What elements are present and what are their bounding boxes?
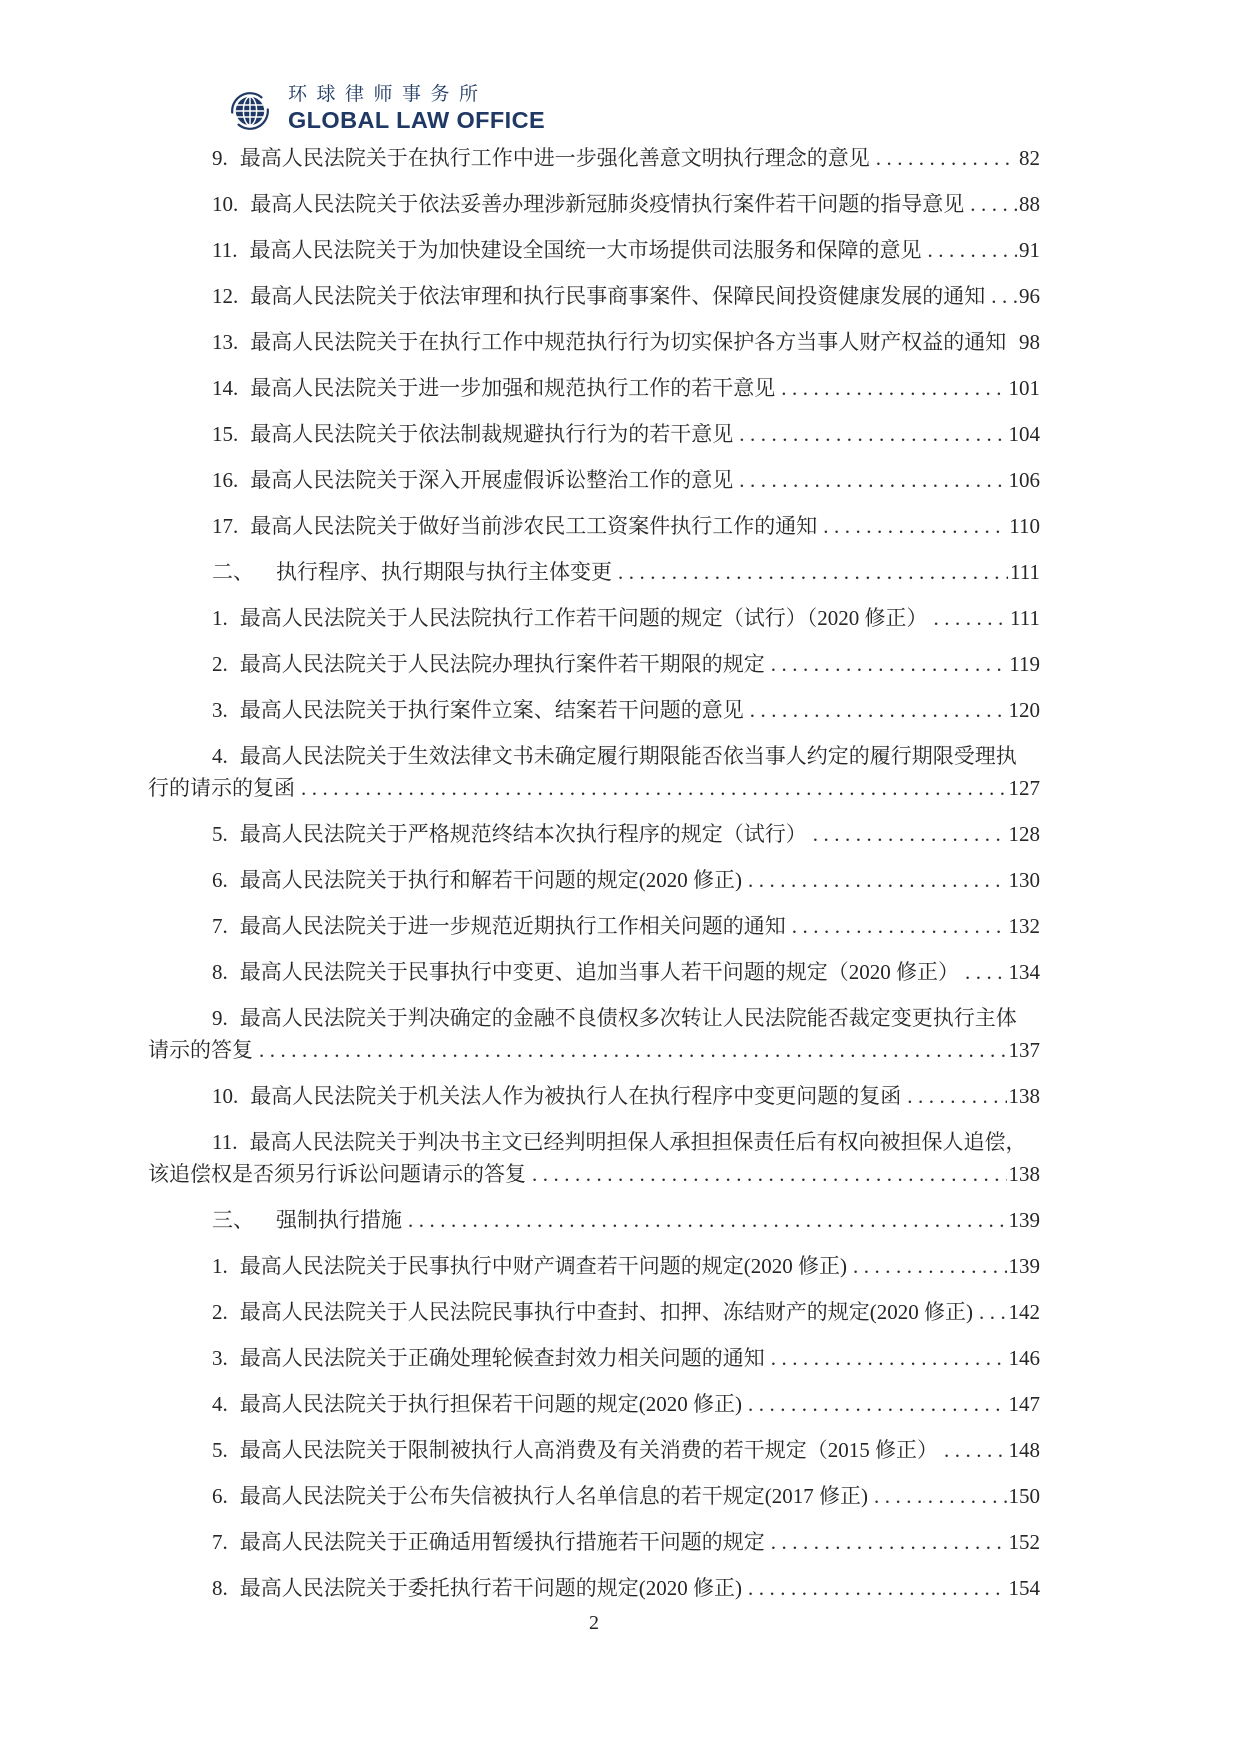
entry-title: 最高人民法院关于人民法院民事执行中查封、扣押、冻结财产的规定(2020 修正) bbox=[240, 1296, 973, 1328]
toc-line: 1.最高人民法院关于人民法院执行工作若干问题的规定（试行）（2020 修正）..… bbox=[148, 602, 1040, 634]
toc-entry: 2.最高人民法院关于人民法院民事执行中查封、扣押、冻结财产的规定(2020 修正… bbox=[148, 1296, 1040, 1328]
entry-number: 3. bbox=[212, 1342, 228, 1374]
dot-leader: ........................................… bbox=[970, 188, 1017, 220]
entry-title: 最高人民法院关于依法审理和执行民事商事案件、保障民间投资健康发展的通知 bbox=[250, 280, 985, 312]
toc-line: 9.最高人民法院关于在执行工作中进一步强化善意文明执行理念的意见........… bbox=[148, 142, 1040, 174]
toc-entry: 10.最高人民法院关于机关法人作为被执行人在执行程序中变更问题的复函......… bbox=[148, 1080, 1040, 1112]
toc-line: 10.最高人民法院关于机关法人作为被执行人在执行程序中变更问题的复函......… bbox=[148, 1080, 1040, 1112]
toc-line: 4.最高人民法院关于生效法律文书未确定履行期限能否依当事人约定的履行期限受理执 bbox=[148, 740, 1040, 772]
entry-title: 最高人民法院关于正确适用暂缓执行措施若干问题的规定 bbox=[240, 1526, 765, 1558]
entry-number: 10. bbox=[212, 188, 238, 220]
entry-number: 17. bbox=[212, 510, 238, 542]
toc-entry: 1.最高人民法院关于人民法院执行工作若干问题的规定（试行）（2020 修正）..… bbox=[148, 602, 1040, 634]
dot-leader: ........................................… bbox=[408, 1204, 1007, 1236]
entry-title: 最高人民法院关于执行担保若干问题的规定(2020 修正) bbox=[240, 1388, 742, 1420]
dot-leader: ........................................… bbox=[944, 1434, 1007, 1466]
entry-number: 11. bbox=[212, 1126, 237, 1158]
dot-leader: ........................................… bbox=[813, 818, 1007, 850]
page-number: 2 bbox=[148, 1612, 1040, 1635]
entry-title: 最高人民法院关于进一步规范近期执行工作相关问题的通知 bbox=[240, 910, 786, 942]
toc-entry: 9.最高人民法院关于判决确定的金融不良债权多次转让人民法院能否裁定变更执行主体请… bbox=[148, 1002, 1040, 1066]
toc-entry: 14.最高人民法院关于进一步加强和规范执行工作的若干意见............… bbox=[148, 372, 1040, 404]
entry-page-number: 154 bbox=[1009, 1572, 1041, 1604]
entry-title: 最高人民法院关于依法妥善办理涉新冠肺炎疫情执行案件若干问题的指导意见 bbox=[250, 188, 964, 220]
entry-title: 最高人民法院关于执行案件立案、结案若干问题的意见 bbox=[240, 694, 744, 726]
entry-number: 8. bbox=[212, 1572, 228, 1604]
entry-page-number: 138 bbox=[1009, 1080, 1041, 1112]
toc-line: 5.最高人民法院关于限制被执行人高消费及有关消费的若干规定（2015 修正）..… bbox=[148, 1434, 1040, 1466]
toc-line: 三、强制执行措施................................… bbox=[148, 1204, 1040, 1236]
toc-line: 12.最高人民法院关于依法审理和执行民事商事案件、保障民间投资健康发展的通知..… bbox=[148, 280, 1040, 312]
dot-leader: ........................................… bbox=[934, 602, 1009, 634]
dot-leader: ........................................… bbox=[991, 280, 1017, 312]
entry-page-number: 132 bbox=[1009, 910, 1041, 942]
entry-page-number: 139 bbox=[1009, 1250, 1041, 1282]
entry-page-number: 128 bbox=[1009, 818, 1041, 850]
entry-number: 三、 bbox=[212, 1204, 254, 1236]
toc-line: 请示的答复...................................… bbox=[148, 1034, 1040, 1066]
toc-line: 7.最高人民法院关于进一步规范近期执行工作相关问题的通知............… bbox=[148, 910, 1040, 942]
entry-number: 4. bbox=[212, 1388, 228, 1420]
entry-title: 最高人民法院关于生效法律文书未确定履行期限能否依当事人约定的履行期限受理执 bbox=[240, 740, 1017, 772]
entry-number: 二、 bbox=[212, 556, 254, 588]
entry-page-number: 98 bbox=[1019, 326, 1040, 358]
toc-line: 8.最高人民法院关于民事执行中变更、追加当事人若干问题的规定（2020 修正）.… bbox=[148, 956, 1040, 988]
entry-title: 最高人民法院关于民事执行中财产调查若干问题的规定(2020 修正) bbox=[240, 1250, 847, 1282]
entry-number: 13. bbox=[212, 326, 238, 358]
dot-leader: ........................................… bbox=[739, 464, 1006, 496]
entry-page-number: 111 bbox=[1010, 556, 1040, 588]
entry-page-number: 111 bbox=[1010, 602, 1040, 634]
dot-leader: ........................................… bbox=[748, 1388, 1007, 1420]
dot-leader: ........................................… bbox=[876, 142, 1017, 174]
toc-line: 11.最高人民法院关于为加快建设全国统一大市场提供司法服务和保障的意见.....… bbox=[148, 234, 1040, 266]
entry-number: 9. bbox=[212, 1002, 228, 1034]
toc-entry: 11.最高人民法院关于为加快建设全国统一大市场提供司法服务和保障的意见.....… bbox=[148, 234, 1040, 266]
toc-entry: 6.最高人民法院关于公布失信被执行人名单信息的若干规定(2017 修正)....… bbox=[148, 1480, 1040, 1512]
dot-leader: ........................................… bbox=[618, 556, 1008, 588]
entry-title: 最高人民法院关于为加快建设全国统一大市场提供司法服务和保障的意见 bbox=[249, 234, 921, 266]
entry-page-number: 139 bbox=[1009, 1204, 1041, 1236]
toc-entry: 8.最高人民法院关于民事执行中变更、追加当事人若干问题的规定（2020 修正）.… bbox=[148, 956, 1040, 988]
entry-page-number: 101 bbox=[1009, 372, 1041, 404]
dot-leader: ........................................… bbox=[301, 772, 1007, 804]
entry-title: 最高人民法院关于限制被执行人高消费及有关消费的若干规定（2015 修正） bbox=[240, 1434, 938, 1466]
entry-title: 最高人民法院关于严格规范终结本次执行程序的规定（试行） bbox=[240, 818, 807, 850]
toc-line: 11.最高人民法院关于判决书主文已经判明担保人承担担保责任后有权向被担保人追偿， bbox=[148, 1126, 1040, 1158]
entry-title: 行的请示的复函 bbox=[148, 772, 295, 804]
entry-page-number: 138 bbox=[1009, 1158, 1041, 1190]
entry-title: 最高人民法院关于判决书主文已经判明担保人承担担保责任后有权向被担保人追偿， bbox=[249, 1126, 1026, 1158]
dot-leader: ........................................… bbox=[792, 910, 1007, 942]
toc-line: 5.最高人民法院关于严格规范终结本次执行程序的规定（试行）...........… bbox=[148, 818, 1040, 850]
entry-page-number: 150 bbox=[1009, 1480, 1041, 1512]
entry-page-number: 82 bbox=[1019, 142, 1040, 174]
entry-title: 最高人民法院关于执行和解若干问题的规定(2020 修正) bbox=[240, 864, 742, 896]
dot-leader: ........................................… bbox=[259, 1034, 1007, 1066]
entry-number: 1. bbox=[212, 602, 228, 634]
toc-line: 14.最高人民法院关于进一步加强和规范执行工作的若干意见............… bbox=[148, 372, 1040, 404]
entry-number: 5. bbox=[212, 1434, 228, 1466]
dot-leader: ........................................… bbox=[853, 1250, 1007, 1282]
entry-page-number: 134 bbox=[1009, 956, 1041, 988]
toc-line: 13.最高人民法院关于在执行工作中规范执行行为切实保护各方当事人财产权益的通知9… bbox=[148, 326, 1040, 358]
toc-entry: 12.最高人民法院关于依法审理和执行民事商事案件、保障民间投资健康发展的通知..… bbox=[148, 280, 1040, 312]
toc-entry: 17.最高人民法院关于做好当前涉农民工工资案件执行工作的通知..........… bbox=[148, 510, 1040, 542]
entry-title: 最高人民法院关于依法制裁规避执行行为的若干意见 bbox=[250, 418, 733, 450]
entry-title: 最高人民法院关于在执行工作中规范执行行为切实保护各方当事人财产权益的通知 bbox=[250, 326, 1006, 358]
dot-leader: ........................................… bbox=[907, 1080, 1006, 1112]
toc-entry: 8.最高人民法院关于委托执行若干问题的规定(2020 修正)..........… bbox=[148, 1572, 1040, 1604]
entry-title: 最高人民法院关于做好当前涉农民工工资案件执行工作的通知 bbox=[250, 510, 817, 542]
toc-entry: 11.最高人民法院关于判决书主文已经判明担保人承担担保责任后有权向被担保人追偿，… bbox=[148, 1126, 1040, 1190]
toc-line: 行的请示的复函.................................… bbox=[148, 772, 1040, 804]
toc-line: 该追偿权是否须另行诉讼问题请示的答复......................… bbox=[148, 1158, 1040, 1190]
entry-title: 请示的答复 bbox=[148, 1034, 253, 1066]
toc-entry: 3.最高人民法院关于正确处理轮候查封效力相关问题的通知.............… bbox=[148, 1342, 1040, 1374]
entry-page-number: 91 bbox=[1019, 234, 1040, 266]
dot-leader: ........................................… bbox=[532, 1158, 1007, 1190]
entry-page-number: 147 bbox=[1009, 1388, 1041, 1420]
entry-page-number: 104 bbox=[1009, 418, 1041, 450]
dot-leader: ........................................… bbox=[823, 510, 1007, 542]
dot-leader: ........................................… bbox=[748, 1572, 1007, 1604]
entry-page-number: 146 bbox=[1009, 1342, 1041, 1374]
entry-number: 4. bbox=[212, 740, 228, 772]
toc: 9.最高人民法院关于在执行工作中进一步强化善意文明执行理念的意见........… bbox=[148, 142, 1040, 1618]
dot-leader: ........................................… bbox=[979, 1296, 1007, 1328]
dot-leader: ........................................… bbox=[771, 1342, 1007, 1374]
document-page: 环球律师事务所 GLOBAL LAW OFFICE 9.最高人民法院关于在执行工… bbox=[0, 0, 1240, 1754]
dot-leader: ........................................… bbox=[739, 418, 1006, 450]
toc-line: 6.最高人民法院关于公布失信被执行人名单信息的若干规定(2017 修正)....… bbox=[148, 1480, 1040, 1512]
entry-number: 14. bbox=[212, 372, 238, 404]
toc-entry: 5.最高人民法院关于限制被执行人高消费及有关消费的若干规定（2015 修正）..… bbox=[148, 1434, 1040, 1466]
toc-entry: 4.最高人民法院关于执行担保若干问题的规定(2020 修正)..........… bbox=[148, 1388, 1040, 1420]
entry-title: 最高人民法院关于机关法人作为被执行人在执行程序中变更问题的复函 bbox=[250, 1080, 901, 1112]
toc-entry: 9.最高人民法院关于在执行工作中进一步强化善意文明执行理念的意见........… bbox=[148, 142, 1040, 174]
toc-line: 4.最高人民法院关于执行担保若干问题的规定(2020 修正)..........… bbox=[148, 1388, 1040, 1420]
dot-leader: ........................................… bbox=[771, 1526, 1007, 1558]
entry-page-number: 152 bbox=[1009, 1526, 1041, 1558]
entry-page-number: 120 bbox=[1009, 694, 1041, 726]
toc-line: 8.最高人民法院关于委托执行若干问题的规定(2020 修正)..........… bbox=[148, 1572, 1040, 1604]
entry-page-number: 88 bbox=[1019, 188, 1040, 220]
toc-entry: 二、执行程序、执行期限与执行主体变更......................… bbox=[148, 556, 1040, 588]
toc-entry: 7.最高人民法院关于进一步规范近期执行工作相关问题的通知............… bbox=[148, 910, 1040, 942]
entry-number: 7. bbox=[212, 1526, 228, 1558]
entry-number: 5. bbox=[212, 818, 228, 850]
toc-line: 3.最高人民法院关于正确处理轮候查封效力相关问题的通知.............… bbox=[148, 1342, 1040, 1374]
toc-line: 6.最高人民法院关于执行和解若干问题的规定(2020 修正)..........… bbox=[148, 864, 1040, 896]
toc-line: 2.最高人民法院关于人民法院办理执行案件若干期限的规定.............… bbox=[148, 648, 1040, 680]
dot-leader: ........................................… bbox=[874, 1480, 1007, 1512]
entry-title: 强制执行措施 bbox=[276, 1204, 402, 1236]
toc-entry: 3.最高人民法院关于执行案件立案、结案若干问题的意见..............… bbox=[148, 694, 1040, 726]
entry-page-number: 130 bbox=[1009, 864, 1041, 896]
toc-entry: 15.最高人民法院关于依法制裁规避执行行为的若干意见..............… bbox=[148, 418, 1040, 450]
entry-page-number: 110 bbox=[1009, 510, 1040, 542]
toc-line: 17.最高人民法院关于做好当前涉农民工工资案件执行工作的通知..........… bbox=[148, 510, 1040, 542]
toc-line: 2.最高人民法院关于人民法院民事执行中查封、扣押、冻结财产的规定(2020 修正… bbox=[148, 1296, 1040, 1328]
toc-entry: 4.最高人民法院关于生效法律文书未确定履行期限能否依当事人约定的履行期限受理执行… bbox=[148, 740, 1040, 804]
dot-leader: ........................................… bbox=[748, 864, 1007, 896]
toc-line: 3.最高人民法院关于执行案件立案、结案若干问题的意见..............… bbox=[148, 694, 1040, 726]
dot-leader: ........................................… bbox=[771, 648, 1008, 680]
toc-line: 7.最高人民法院关于正确适用暂缓执行措施若干问题的规定.............… bbox=[148, 1526, 1040, 1558]
toc-line: 15.最高人民法院关于依法制裁规避执行行为的若干意见..............… bbox=[148, 418, 1040, 450]
toc-entry: 2.最高人民法院关于人民法院办理执行案件若干期限的规定.............… bbox=[148, 648, 1040, 680]
logo-chinese-name: 环球律师事务所 bbox=[288, 84, 545, 106]
entry-number: 3. bbox=[212, 694, 228, 726]
entry-number: 12. bbox=[212, 280, 238, 312]
entry-page-number: 106 bbox=[1009, 464, 1041, 496]
entry-number: 16. bbox=[212, 464, 238, 496]
entry-number: 7. bbox=[212, 910, 228, 942]
entry-number: 10. bbox=[212, 1080, 238, 1112]
toc-line: 1.最高人民法院关于民事执行中财产调查若干问题的规定(2020 修正).....… bbox=[148, 1250, 1040, 1282]
entry-title: 最高人民法院关于人民法院办理执行案件若干期限的规定 bbox=[240, 648, 765, 680]
entry-number: 8. bbox=[212, 956, 228, 988]
entry-title: 执行程序、执行期限与执行主体变更 bbox=[276, 556, 612, 588]
entry-page-number: 142 bbox=[1009, 1296, 1041, 1328]
globe-icon bbox=[228, 86, 272, 136]
toc-entry: 1.最高人民法院关于民事执行中财产调查若干问题的规定(2020 修正).....… bbox=[148, 1250, 1040, 1282]
entry-title: 最高人民法院关于判决确定的金融不良债权多次转让人民法院能否裁定变更执行主体 bbox=[240, 1002, 1017, 1034]
dot-leader: ........................................… bbox=[781, 372, 1006, 404]
entry-title: 最高人民法院关于委托执行若干问题的规定(2020 修正) bbox=[240, 1572, 742, 1604]
entry-page-number: 96 bbox=[1019, 280, 1040, 312]
toc-line: 16.最高人民法院关于深入开展虚假诉讼整治工作的意见..............… bbox=[148, 464, 1040, 496]
toc-entry: 13.最高人民法院关于在执行工作中规范执行行为切实保护各方当事人财产权益的通知9… bbox=[148, 326, 1040, 358]
dot-leader: ........................................… bbox=[750, 694, 1007, 726]
dot-leader: ........................................… bbox=[965, 956, 1007, 988]
entry-number: 9. bbox=[212, 142, 228, 174]
entry-number: 11. bbox=[212, 234, 237, 266]
logo-text: 环球律师事务所 GLOBAL LAW OFFICE bbox=[288, 84, 545, 133]
toc-entry: 5.最高人民法院关于严格规范终结本次执行程序的规定（试行）...........… bbox=[148, 818, 1040, 850]
entry-page-number: 148 bbox=[1009, 1434, 1041, 1466]
entry-number: 2. bbox=[212, 648, 228, 680]
entry-number: 2. bbox=[212, 1296, 228, 1328]
toc-line: 10.最高人民法院关于依法妥善办理涉新冠肺炎疫情执行案件若干问题的指导意见...… bbox=[148, 188, 1040, 220]
toc-line: 9.最高人民法院关于判决确定的金融不良债权多次转让人民法院能否裁定变更执行主体 bbox=[148, 1002, 1040, 1034]
entry-title: 最高人民法院关于在执行工作中进一步强化善意文明执行理念的意见 bbox=[240, 142, 870, 174]
toc-entry: 三、强制执行措施................................… bbox=[148, 1204, 1040, 1236]
entry-page-number: 119 bbox=[1009, 648, 1040, 680]
logo: 环球律师事务所 GLOBAL LAW OFFICE bbox=[228, 84, 545, 136]
dot-leader: ........................................… bbox=[927, 234, 1017, 266]
entry-number: 15. bbox=[212, 418, 238, 450]
toc-entry: 6.最高人民法院关于执行和解若干问题的规定(2020 修正)..........… bbox=[148, 864, 1040, 896]
entry-number: 6. bbox=[212, 1480, 228, 1512]
entry-title: 该追偿权是否须另行诉讼问题请示的答复 bbox=[148, 1158, 526, 1190]
entry-title: 最高人民法院关于深入开展虚假诉讼整治工作的意见 bbox=[250, 464, 733, 496]
entry-page-number: 137 bbox=[1009, 1034, 1041, 1066]
toc-entry: 16.最高人民法院关于深入开展虚假诉讼整治工作的意见..............… bbox=[148, 464, 1040, 496]
toc-entry: 7.最高人民法院关于正确适用暂缓执行措施若干问题的规定.............… bbox=[148, 1526, 1040, 1558]
entry-title: 最高人民法院关于进一步加强和规范执行工作的若干意见 bbox=[250, 372, 775, 404]
entry-title: 最高人民法院关于人民法院执行工作若干问题的规定（试行）（2020 修正） bbox=[240, 602, 928, 634]
toc-line: 二、执行程序、执行期限与执行主体变更......................… bbox=[148, 556, 1040, 588]
entry-title: 最高人民法院关于公布失信被执行人名单信息的若干规定(2017 修正) bbox=[240, 1480, 868, 1512]
entry-page-number: 127 bbox=[1009, 772, 1041, 804]
entry-number: 6. bbox=[212, 864, 228, 896]
logo-english-name: GLOBAL LAW OFFICE bbox=[288, 107, 545, 133]
toc-entry: 10.最高人民法院关于依法妥善办理涉新冠肺炎疫情执行案件若干问题的指导意见...… bbox=[148, 188, 1040, 220]
entry-number: 1. bbox=[212, 1250, 228, 1282]
entry-title: 最高人民法院关于民事执行中变更、追加当事人若干问题的规定（2020 修正） bbox=[240, 956, 959, 988]
entry-title: 最高人民法院关于正确处理轮候查封效力相关问题的通知 bbox=[240, 1342, 765, 1374]
